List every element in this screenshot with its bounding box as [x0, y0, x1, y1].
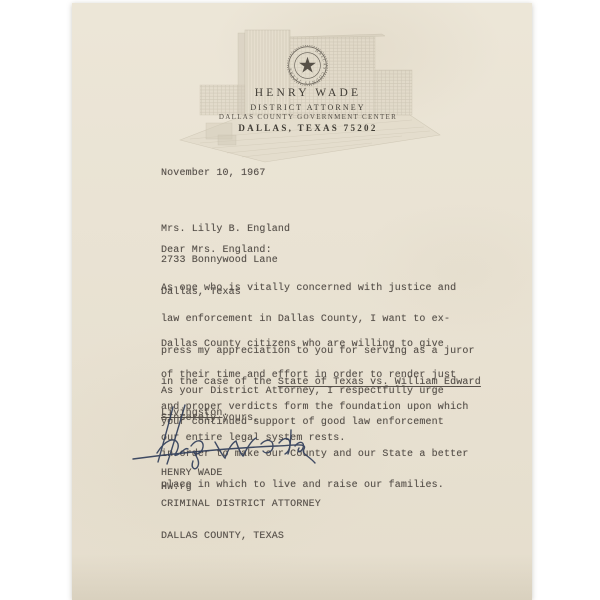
reference-initials: HW:rg — [161, 483, 192, 493]
handwritten-signature — [127, 398, 327, 476]
text-line: As your District Attorney, I respectfull… — [161, 387, 469, 397]
signed-org: DALLAS COUNTY, TEXAS — [161, 532, 321, 542]
signed-title: CRIMINAL DISTRICT ATTORNEY — [161, 500, 321, 510]
letter-paper: DALLAS COUNTY TEXAS HENRY WADE DISTRICT … — [72, 3, 532, 600]
text-line: Mrs. Lilly B. England — [161, 225, 290, 235]
text-line: As one who is vitally concerned with jus… — [161, 284, 481, 294]
county-seal: DALLAS COUNTY TEXAS — [286, 44, 329, 87]
text-line: Dallas County citizens who are willing t… — [161, 340, 469, 350]
letterhead-title: DISTRICT ATTORNEY — [250, 103, 365, 112]
letterhead-name: HENRY WADE — [255, 87, 361, 99]
letterhead-address: DALLAS COUNTY GOVERNMENT CENTER — [219, 113, 397, 121]
scanned-letter: DALLAS COUNTY TEXAS HENRY WADE DISTRICT … — [0, 0, 600, 600]
salutation: Dear Mrs. England: — [161, 246, 272, 256]
date-line: November 10, 1967 — [161, 169, 266, 179]
letterhead-city-zip: DALLAS, TEXAS 75202 — [238, 123, 377, 133]
